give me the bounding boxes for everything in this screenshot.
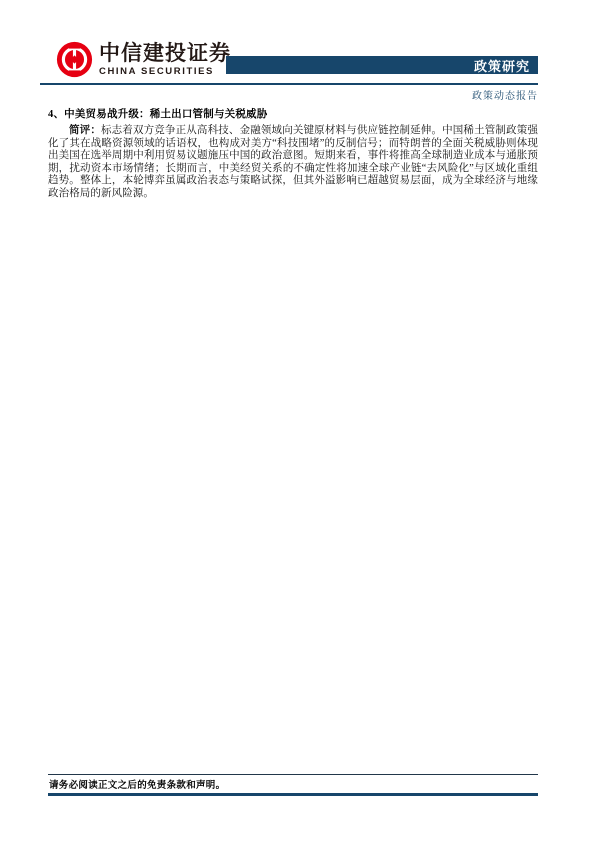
brand-block: 中信建投证券 CHINA SECURITIES: [56, 41, 231, 78]
comment-paragraph: 简评：标志着双方竞争正从高科技、金融领域向关键原材料与供应链控制延伸。中国稀土管…: [48, 125, 538, 200]
brand-name-cn: 中信建投证券: [99, 43, 231, 64]
citic-logo-icon: [56, 41, 93, 78]
brand-text: 中信建投证券 CHINA SECURITIES: [99, 43, 231, 77]
header-divider: [40, 83, 538, 85]
footer-divider-thick: [48, 793, 538, 796]
section-heading: 4、中美贸易战升级：稀土出口管制与关税威胁: [48, 106, 538, 121]
comment-text: 标志着双方竞争正从高科技、金融领域向关键原材料与供应链控制延伸。中国稀土管制政策…: [48, 125, 538, 199]
comment-lede: 简评：: [69, 125, 101, 136]
report-page: 中信建投证券 CHINA SECURITIES 政策研究 政策动态报告 4、中美…: [0, 0, 595, 842]
category-banner-label: 政策研究: [474, 56, 530, 75]
brand-name-en: CHINA SECURITIES: [99, 67, 231, 77]
category-banner: 政策研究: [226, 56, 538, 74]
report-body: 4、中美贸易战升级：稀土出口管制与关税威胁 简评：标志着双方竞争正从高科技、金融…: [48, 106, 538, 200]
page-header: 中信建投证券 CHINA SECURITIES 政策研究 政策动态报告: [0, 0, 595, 100]
page-footer: 请务必阅读正文之后的免责条款和声明。: [48, 774, 538, 796]
disclaimer-text: 请务必阅读正文之后的免责条款和声明。: [48, 775, 538, 793]
report-type-label: 政策动态报告: [472, 87, 538, 102]
